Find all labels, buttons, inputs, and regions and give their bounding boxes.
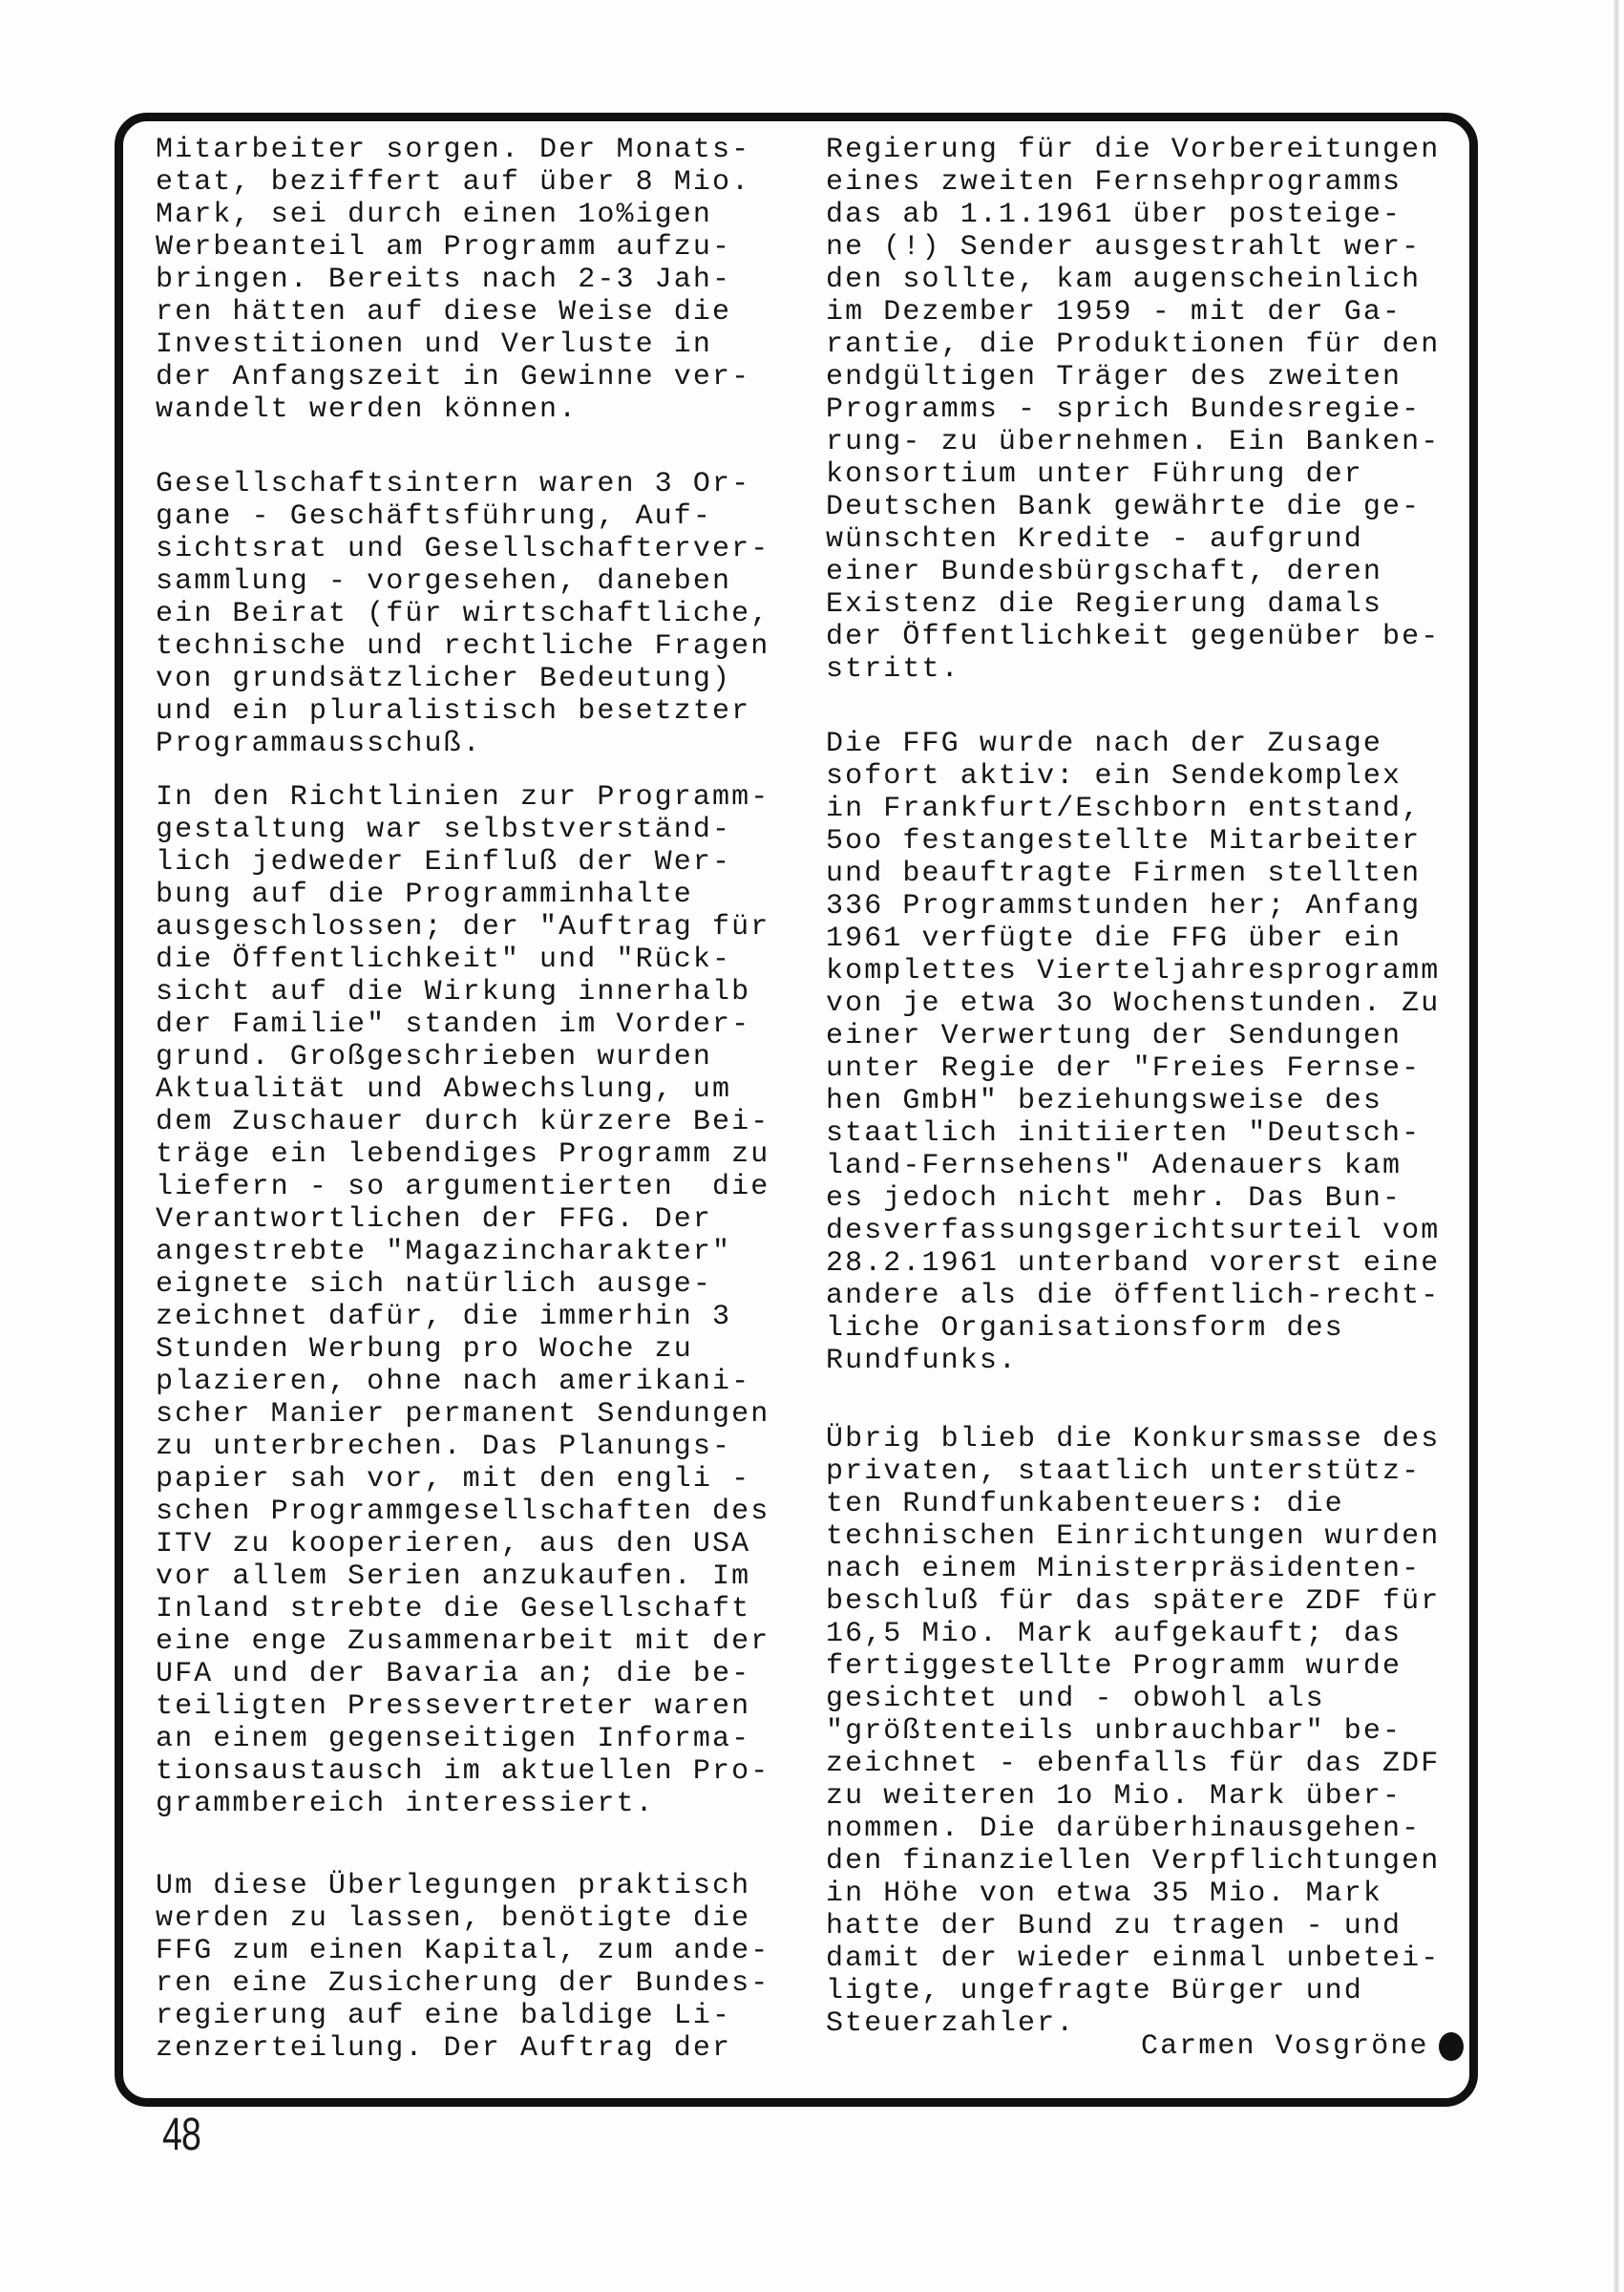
paragraph: Mitarbeiter sorgen. Der Monats-etat, bez… bbox=[156, 134, 805, 426]
paragraph: Gesellschaftsintern waren 3 Or-gane - Ge… bbox=[156, 468, 805, 760]
text-line: zu weiteren 1o Mio. Mark über- bbox=[826, 1780, 1475, 1813]
author-signature: Carmen Vosgröne bbox=[1141, 2030, 1475, 2063]
text-line: privaten, staatlich unterstütz- bbox=[826, 1455, 1475, 1488]
text-line: angestrebte "Magazincharakter" bbox=[156, 1236, 805, 1268]
text-line: In den Richtlinien zur Programm- bbox=[156, 781, 805, 814]
text-line: ren eine Zusicherung der Bundes- bbox=[156, 1967, 805, 2000]
text-line: Regierung für die Vorbereitungen bbox=[826, 134, 1475, 166]
text-line: Verantwortlichen der FFG. Der bbox=[156, 1203, 805, 1236]
text-line: wünschten Kredite - aufgrund bbox=[826, 523, 1475, 556]
text-line: hatte der Bund zu tragen - und bbox=[826, 1910, 1475, 1942]
end-mark-icon bbox=[1439, 2032, 1464, 2061]
author-name: Carmen Vosgröne bbox=[1141, 2030, 1429, 2063]
text-line: Programmausschuß. bbox=[156, 728, 805, 760]
text-line: vor allem Serien anzukaufen. Im bbox=[156, 1560, 805, 1593]
text-line: werden zu lassen, benötigte die bbox=[156, 1902, 805, 1935]
text-line: Inland strebte die Gesellschaft bbox=[156, 1593, 805, 1625]
text-line: der Anfangszeit in Gewinne ver- bbox=[156, 361, 805, 393]
text-line: staatlich initiierten "Deutsch- bbox=[826, 1117, 1475, 1150]
text-line: sofort aktiv: ein Sendekomplex bbox=[826, 760, 1475, 793]
text-line: zeichnet - ebenfalls für das ZDF bbox=[826, 1748, 1475, 1780]
text-line: Aktualität und Abwechslung, um bbox=[156, 1073, 805, 1106]
text-line: sammlung - vorgesehen, daneben bbox=[156, 565, 805, 598]
text-line: träge ein lebendiges Programm zu bbox=[156, 1138, 805, 1171]
text-line: stritt. bbox=[826, 653, 1475, 686]
text-line: sichtsrat und Gesellschafterver- bbox=[156, 533, 805, 565]
text-line: in Frankfurt/Eschborn entstand, bbox=[826, 793, 1475, 825]
text-line: rantie, die Produktionen für den bbox=[826, 329, 1475, 361]
text-line: gesichtet und - obwohl als bbox=[826, 1683, 1475, 1715]
text-line: nach einem Ministerpräsidenten- bbox=[826, 1553, 1475, 1585]
text-line: andere als die öffentlich-recht- bbox=[826, 1280, 1475, 1312]
text-line: damit der wieder einmal unbetei- bbox=[826, 1942, 1475, 1975]
text-line: 28.2.1961 unterband vorerst eine bbox=[826, 1247, 1475, 1280]
text-line: Investitionen und Verluste in bbox=[156, 329, 805, 361]
text-line: ne (!) Sender ausgestrahlt wer- bbox=[826, 231, 1475, 264]
text-line: einer Bundesbürgschaft, deren bbox=[826, 556, 1475, 588]
text-line: Deutschen Bank gewährte die ge- bbox=[826, 491, 1475, 523]
text-line: in Höhe von etwa 35 Mio. Mark bbox=[826, 1878, 1475, 1910]
text-line: an einem gegenseitigen Informa- bbox=[156, 1723, 805, 1755]
text-line: ITV zu kooperieren, aus den USA bbox=[156, 1528, 805, 1560]
text-line: technische und rechtliche Fragen bbox=[156, 630, 805, 663]
text-line: Werbeanteil am Programm aufzu- bbox=[156, 231, 805, 264]
text-line: Rundfunks. bbox=[826, 1345, 1475, 1377]
page-edge-shadow bbox=[1613, 0, 1619, 2292]
text-line: ligte, ungefragte Bürger und bbox=[826, 1975, 1475, 2007]
paragraph: Übrig blieb die Konkursmasse desprivaten… bbox=[826, 1423, 1475, 2040]
text-line: lich jedweder Einfluß der Wer- bbox=[156, 846, 805, 879]
text-line: teiligten Pressevertreter waren bbox=[156, 1690, 805, 1723]
text-line: und ein pluralistisch besetzter bbox=[156, 695, 805, 728]
text-line: fertiggestellte Programm wurde bbox=[826, 1650, 1475, 1683]
text-line: es jedoch nicht mehr. Das Bun- bbox=[826, 1182, 1475, 1215]
text-line: nommen. Die darüberhinausgehen- bbox=[826, 1813, 1475, 1845]
text-line: bung auf die Programminhalte bbox=[156, 879, 805, 911]
text-line: Programms - sprich Bundesregie- bbox=[826, 393, 1475, 426]
text-line: zeichnet dafür, die immerhin 3 bbox=[156, 1301, 805, 1333]
text-line: hen GmbH" beziehungsweise des bbox=[826, 1085, 1475, 1117]
paragraph: Um diese Überlegungen praktischwerden zu… bbox=[156, 1870, 805, 2065]
text-line: schen Programmgesellschaften des bbox=[156, 1496, 805, 1528]
paragraph: In den Richtlinien zur Programm-gestaltu… bbox=[156, 781, 805, 1820]
text-line: komplettes Vierteljahresprogramm bbox=[826, 955, 1475, 987]
text-line: rung- zu übernehmen. Ein Banken- bbox=[826, 426, 1475, 458]
text-line: 1961 verfügte die FFG über ein bbox=[826, 923, 1475, 955]
text-line: einer Verwertung der Sendungen bbox=[826, 1020, 1475, 1052]
text-line: papier sah vor, mit den engli - bbox=[156, 1463, 805, 1496]
text-line: ten Rundfunkabenteuers: die bbox=[826, 1488, 1475, 1520]
text-line: von je etwa 3o Wochenstunden. Zu bbox=[826, 987, 1475, 1020]
text-line: Stunden Werbung pro Woche zu bbox=[156, 1333, 805, 1366]
text-line: grund. Großgeschrieben wurden bbox=[156, 1041, 805, 1073]
text-line: unter Regie der "Freies Fernse- bbox=[826, 1052, 1475, 1085]
text-line: eines zweiten Fernsehprogramms bbox=[826, 166, 1475, 199]
text-line: FFG zum einen Kapital, zum ande- bbox=[156, 1935, 805, 1967]
text-line: "größtenteils unbrauchbar" be- bbox=[826, 1715, 1475, 1748]
text-line: das ab 1.1.1961 über posteige- bbox=[826, 199, 1475, 231]
text-line: endgültigen Träger des zweiten bbox=[826, 361, 1475, 393]
text-line: desverfassungsgerichtsurteil vom bbox=[826, 1215, 1475, 1247]
text-line: der Öffentlichkeit gegenüber be- bbox=[826, 621, 1475, 653]
paragraph: Die FFG wurde nach der Zusagesofort akti… bbox=[826, 728, 1475, 1377]
paragraph: Regierung für die Vorbereitungeneines zw… bbox=[826, 134, 1475, 686]
text-line: wandelt werden können. bbox=[156, 393, 805, 426]
text-line: zu unterbrechen. Das Planungs- bbox=[156, 1431, 805, 1463]
text-line: eine enge Zusammenarbeit mit der bbox=[156, 1625, 805, 1658]
text-line: dem Zuschauer durch kürzere Bei- bbox=[156, 1106, 805, 1138]
text-line: Mark, sei durch einen 1o%igen bbox=[156, 199, 805, 231]
text-line: 5oo festangestellte Mitarbeiter bbox=[826, 825, 1475, 858]
text-line: eignete sich natürlich ausge- bbox=[156, 1268, 805, 1301]
text-line: Um diese Überlegungen praktisch bbox=[156, 1870, 805, 1902]
text-line: ren hätten auf diese Weise die bbox=[156, 296, 805, 329]
text-line: den finanziellen Verpflichtungen bbox=[826, 1845, 1475, 1878]
text-line: von grundsätzlicher Bedeutung) bbox=[156, 663, 805, 695]
text-line: gestaltung war selbstverständ- bbox=[156, 814, 805, 846]
text-line: plazieren, ohne nach amerikani- bbox=[156, 1366, 805, 1398]
text-line: tionsaustausch im aktuellen Pro- bbox=[156, 1755, 805, 1788]
text-line: 336 Programmstunden her; Anfang bbox=[826, 890, 1475, 923]
text-line: etat, beziffert auf über 8 Mio. bbox=[156, 166, 805, 199]
text-line: Mitarbeiter sorgen. Der Monats- bbox=[156, 134, 805, 166]
text-line: UFA und der Bavaria an; die be- bbox=[156, 1658, 805, 1690]
text-line: liefern - so argumentierten die bbox=[156, 1171, 805, 1203]
text-line: Übrig blieb die Konkursmasse des bbox=[826, 1423, 1475, 1455]
page-number: 48 bbox=[162, 2109, 200, 2161]
text-line: zenzerteilung. Der Auftrag der bbox=[156, 2032, 805, 2065]
text-line: gane - Geschäftsführung, Auf- bbox=[156, 500, 805, 533]
text-line: die Öffentlichkeit" und "Rück- bbox=[156, 944, 805, 976]
text-line: ausgeschlossen; der "Auftrag für bbox=[156, 911, 805, 944]
text-line: konsortium unter Führung der bbox=[826, 458, 1475, 491]
text-line: sicht auf die Wirkung innerhalb bbox=[156, 976, 805, 1008]
text-line: bringen. Bereits nach 2-3 Jah- bbox=[156, 264, 805, 296]
text-line: regierung auf eine baldige Li- bbox=[156, 2000, 805, 2032]
text-line: grammbereich interessiert. bbox=[156, 1788, 805, 1820]
text-line: und beauftragte Firmen stellten bbox=[826, 858, 1475, 890]
text-line: technischen Einrichtungen wurden bbox=[826, 1520, 1475, 1553]
text-line: liche Organisationsform des bbox=[826, 1312, 1475, 1345]
text-line: der Familie" standen im Vorder- bbox=[156, 1008, 805, 1041]
text-line: beschluß für das spätere ZDF für bbox=[826, 1585, 1475, 1618]
text-line: ein Beirat (für wirtschaftliche, bbox=[156, 598, 805, 630]
text-line: 16,5 Mio. Mark aufgekauft; das bbox=[826, 1618, 1475, 1650]
text-line: im Dezember 1959 - mit der Ga- bbox=[826, 296, 1475, 329]
text-line: scher Manier permanent Sendungen bbox=[156, 1398, 805, 1431]
text-line: land-Fernsehens" Adenauers kam bbox=[826, 1150, 1475, 1182]
text-line: Existenz die Regierung damals bbox=[826, 588, 1475, 621]
text-line: Die FFG wurde nach der Zusage bbox=[826, 728, 1475, 760]
text-line: Gesellschaftsintern waren 3 Or- bbox=[156, 468, 805, 500]
text-line: den sollte, kam augenscheinlich bbox=[826, 264, 1475, 296]
